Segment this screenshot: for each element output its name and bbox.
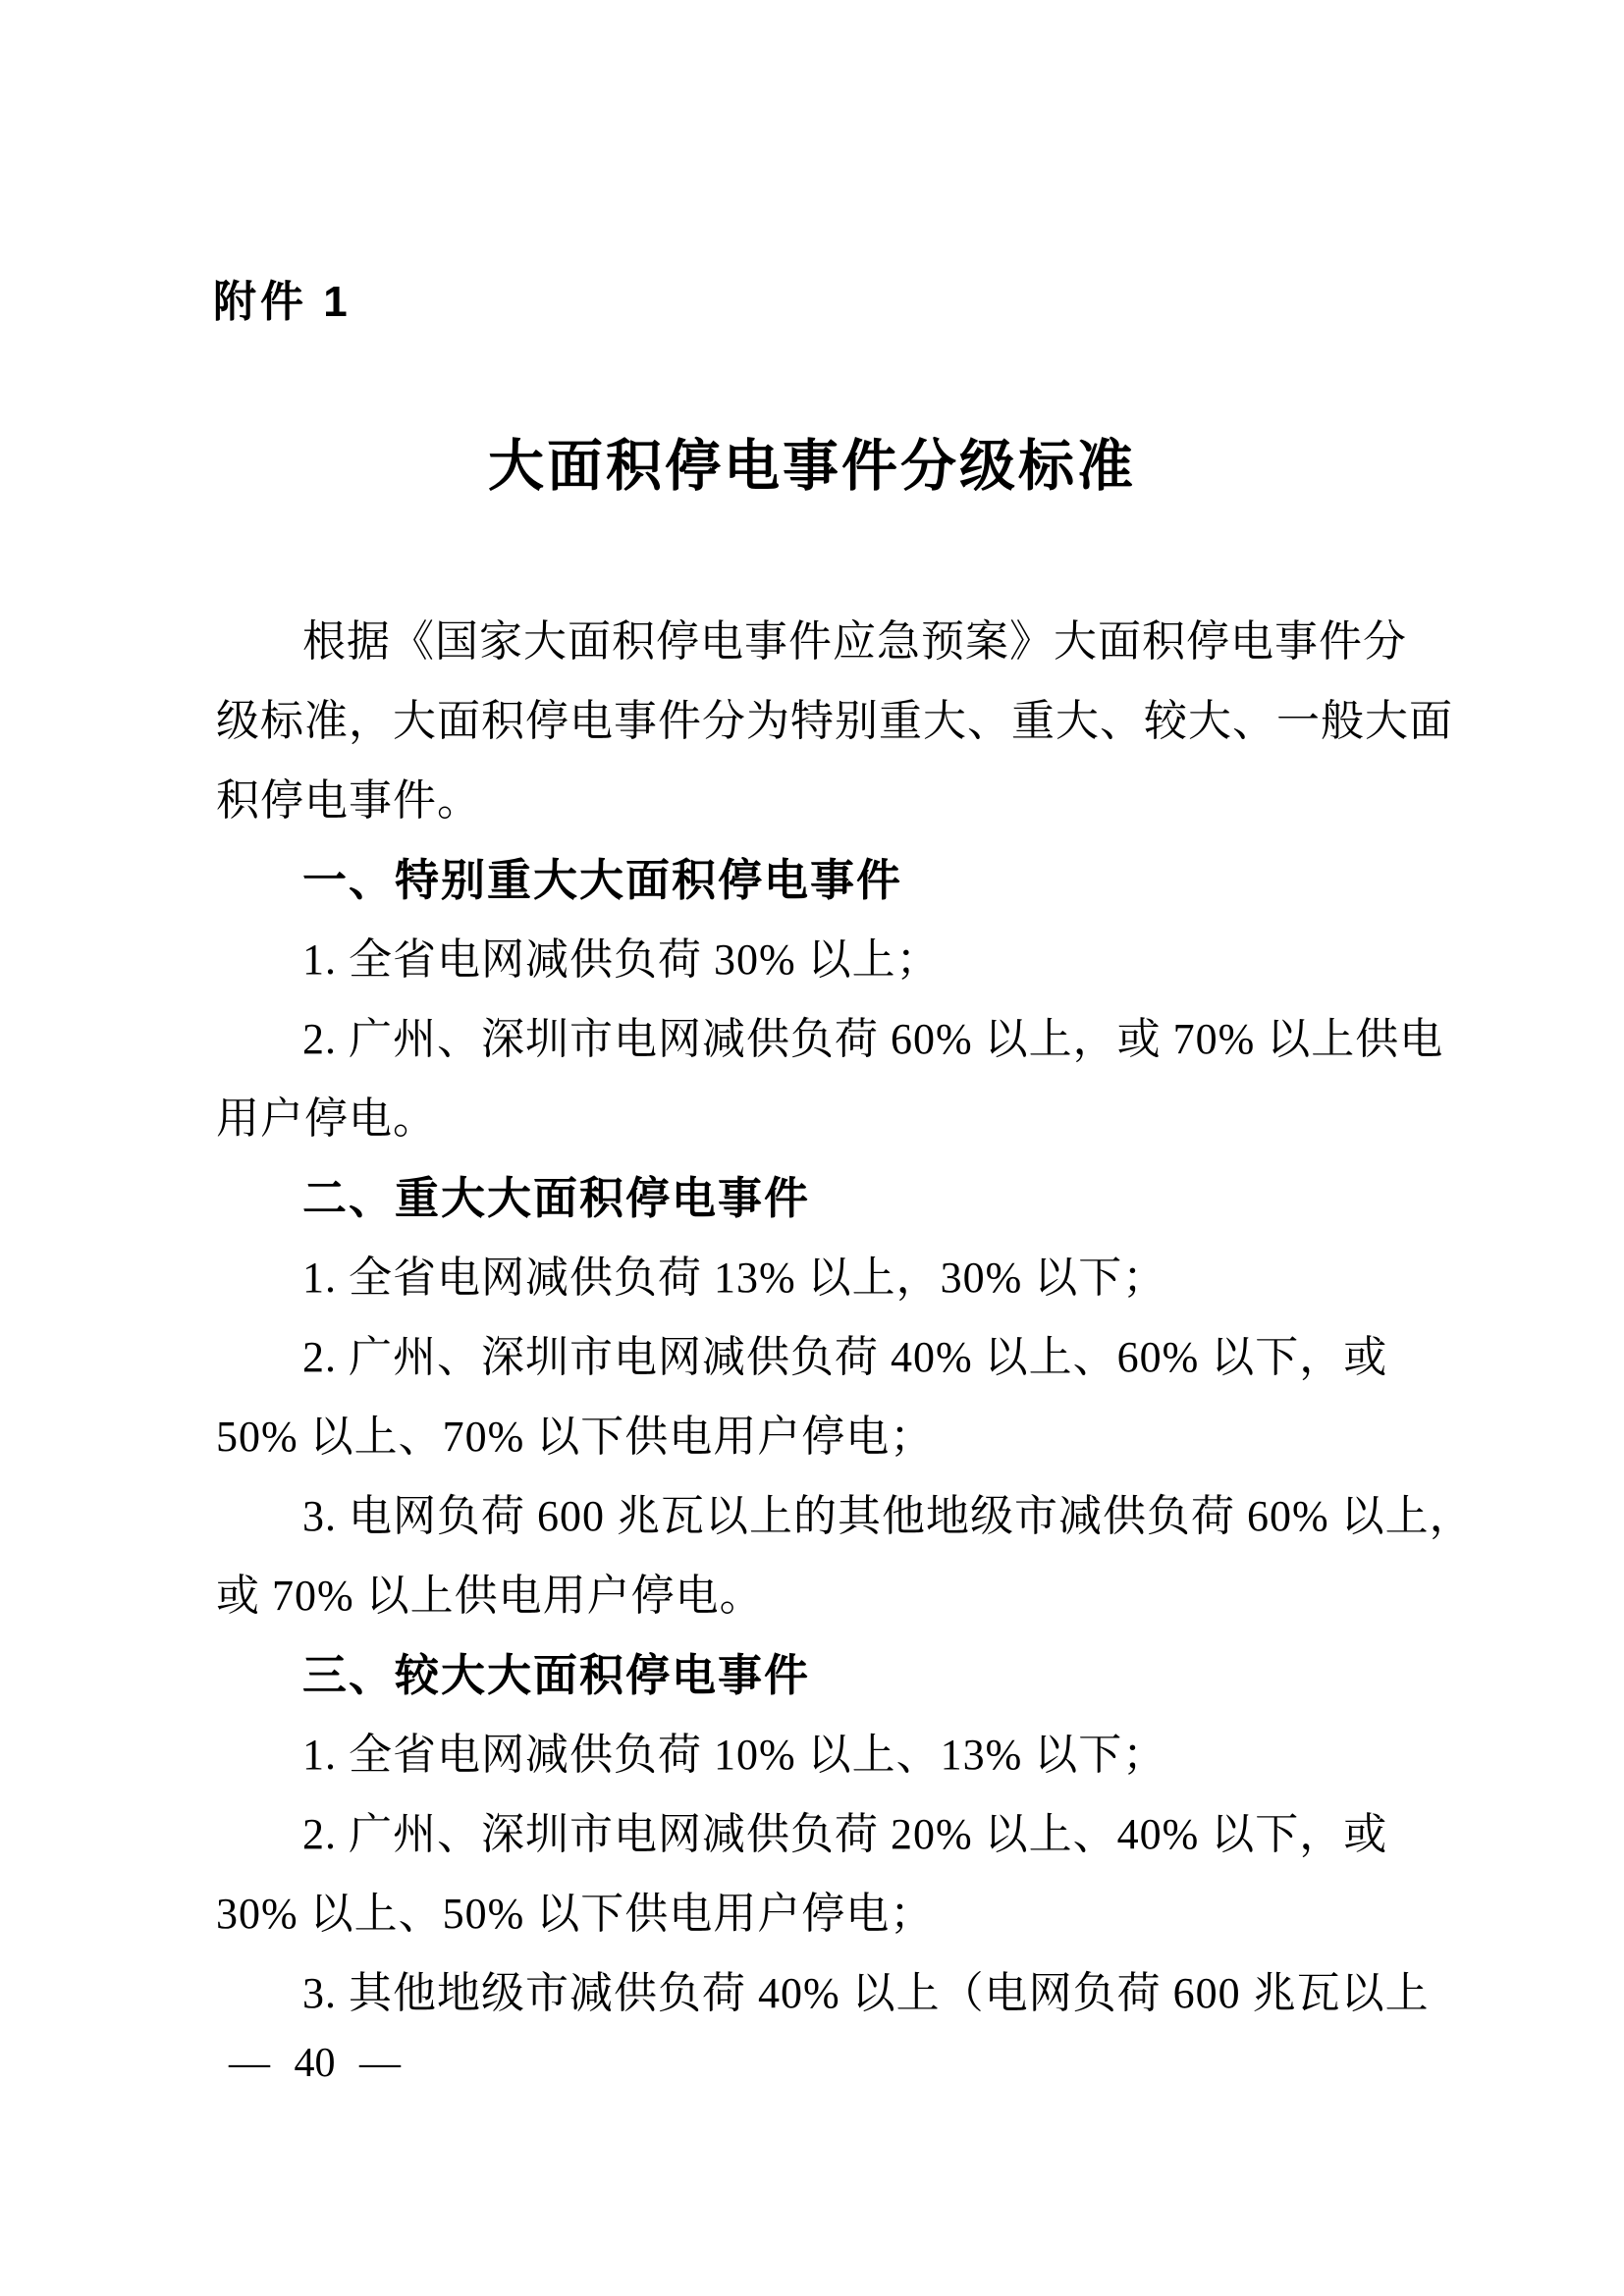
- page-number-footer: — 40 —: [229, 2040, 401, 2087]
- list-item-line: 或 70% 以上供电用户停电。: [216, 1556, 1424, 1635]
- section-3-heading: 三、较大大面积停电事件: [216, 1635, 1424, 1715]
- list-item-line: 用户停电。: [216, 1079, 1424, 1158]
- list-item-line: 3. 其他地级市减供负荷 40% 以上（电网负荷 600 兆瓦以上: [216, 1953, 1424, 2033]
- list-item-line: 1. 全省电网减供负荷 13% 以上，30% 以下；: [216, 1238, 1424, 1317]
- section-1-heading: 一、特别重大大面积停电事件: [216, 840, 1424, 920]
- list-item-line: 2. 广州、深圳市电网减供负荷 60% 以上，或 70% 以上供电: [216, 999, 1424, 1079]
- section-2-heading: 二、重大大面积停电事件: [216, 1158, 1424, 1238]
- paragraph-line: 级标准，大面积停电事件分为特别重大、重大、较大、一般大面: [216, 681, 1424, 761]
- list-item-line: 2. 广州、深圳市电网减供负荷 40% 以上、60% 以下，或: [216, 1317, 1424, 1397]
- paragraph-line: 根据《国家大面积停电事件应急预案》大面积停电事件分: [216, 602, 1424, 681]
- list-item-line: 50% 以上、70% 以下供电用户停电；: [216, 1397, 1424, 1476]
- list-item-line: 2. 广州、深圳市电网减供负荷 20% 以上、40% 以下，或: [216, 1794, 1424, 1874]
- document-title: 大面积停电事件分级标准: [0, 436, 1624, 499]
- list-item-line: 30% 以上、50% 以下供电用户停电；: [216, 1874, 1424, 1953]
- list-item-line: 3. 电网负荷 600 兆瓦以上的其他地级市减供负荷 60% 以上，: [216, 1476, 1424, 1556]
- attachment-label: 附件 1: [213, 277, 352, 328]
- list-item-line: 1. 全省电网减供负荷 10% 以上、13% 以下；: [216, 1715, 1424, 1794]
- document-page: 附件 1 大面积停电事件分级标准 根据《国家大面积停电事件应急预案》大面积停电事…: [0, 0, 1624, 2296]
- document-body: 根据《国家大面积停电事件应急预案》大面积停电事件分 级标准，大面积停电事件分为特…: [216, 602, 1424, 2033]
- list-item-line: 1. 全省电网减供负荷 30% 以上；: [216, 920, 1424, 999]
- paragraph-line: 积停电事件。: [216, 761, 1424, 840]
